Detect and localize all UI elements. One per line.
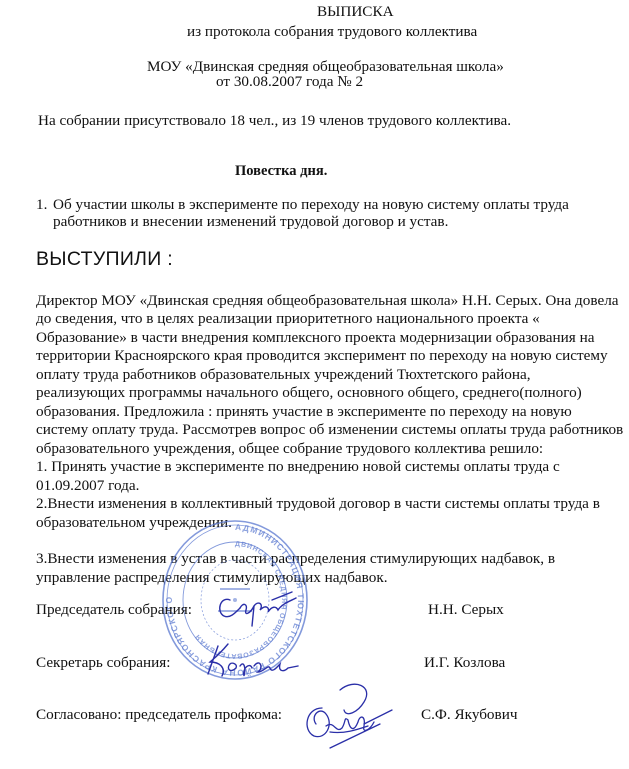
- document-title: ВЫПИСКА: [317, 3, 394, 21]
- body-line: оплату труда работников образовательных …: [36, 366, 531, 384]
- chairman-name: Н.Н. Серых: [428, 601, 504, 619]
- chairman-label: Председатель собрания:: [36, 601, 192, 619]
- decision-item-2: 2.Внести изменения в коллективный трудов…: [36, 495, 600, 513]
- attendance-text: На собрании присутствовало 18 чел., из 1…: [38, 112, 511, 130]
- trade-union-label: Согласовано: председатель профкома:: [36, 706, 282, 724]
- body-line: территории Красноярского края проводится…: [36, 347, 608, 365]
- agenda-item-number: 1.: [36, 196, 47, 214]
- body-line: Образование» в части внедрения комплексн…: [36, 329, 594, 347]
- body-line: реализующих программы начального общего,…: [36, 384, 582, 402]
- body-line: до сведения, что в целях реализации прио…: [36, 310, 540, 328]
- agenda-item-line: Об участии школы в эксперименте по перех…: [53, 196, 569, 214]
- body-line: систему оплату труда. Рассмотрев вопрос …: [36, 421, 623, 439]
- trade-union-chair-signature: [300, 680, 400, 760]
- agenda-heading: Повестка дня.: [235, 162, 327, 180]
- secretary-label: Секретарь собрания:: [36, 654, 171, 672]
- speakers-heading: ВЫСТУПИЛИ :: [36, 250, 173, 268]
- body-line: Директор МОУ «Двинская средняя общеобраз…: [36, 292, 619, 310]
- agenda-item-line: работников и внесении изменений трудовой…: [53, 213, 448, 231]
- decision-item-1-cont: 01.09.2007 года.: [36, 477, 139, 495]
- decision-item-1: 1. Принять участие в эксперименте по вне…: [36, 458, 560, 476]
- body-line: образования. Предложила : принять участи…: [36, 403, 572, 421]
- secretary-name: И.Г. Козлова: [424, 654, 505, 672]
- body-line: образовательного учреждения, общее собра…: [36, 440, 543, 458]
- secretary-signature: [198, 638, 303, 680]
- chairman-signature: [210, 578, 305, 633]
- document-subtitle: из протокола собрания трудового коллекти…: [187, 23, 477, 41]
- trade-union-chair-name: С.Ф. Якубович: [421, 706, 517, 724]
- protocol-date-number: от 30.08.2007 года № 2: [216, 73, 363, 91]
